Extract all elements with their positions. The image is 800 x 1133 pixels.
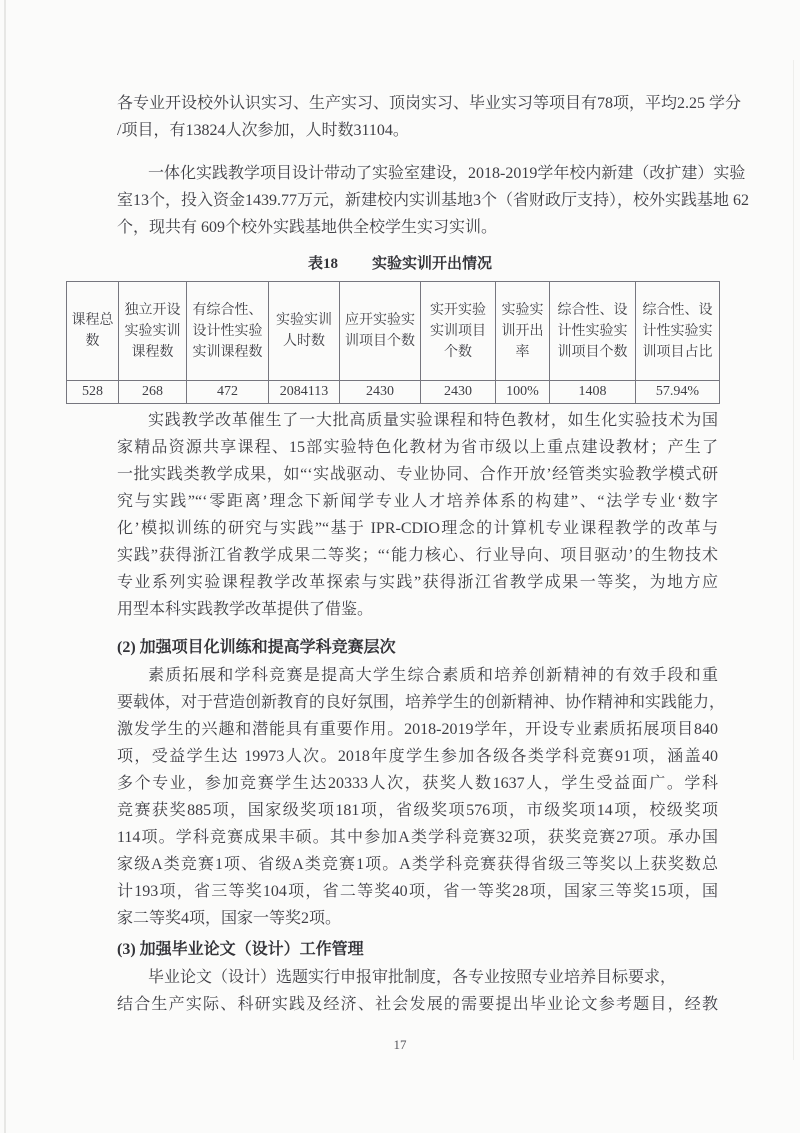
- table-header-cell: 应开实验实训项目个数: [340, 282, 421, 381]
- paragraph-line: 家精品资源共享课程、15部实验特色化教材为省市级以上重点建设教材；产生了: [117, 434, 718, 461]
- paragraph-line: 竞赛获奖885项，国家级奖项181项，省级奖项576项，市级奖项14项，校级奖项: [117, 797, 718, 824]
- scan-edge-right: [793, 60, 794, 1060]
- paragraph-line: 究与实践”“‘零距离’理念下新闻学专业人才培养体系的构建”、“法学专业‘数字: [117, 488, 718, 515]
- paragraph-lab-construction: 一体化实践教学项目设计带动了实验室建设，2018-2019学年校内新建（改扩建）…: [117, 160, 718, 241]
- paragraph-line: /项目，有13824人次参加，人时数31104。: [117, 117, 718, 144]
- stats-table: 课程总数 独立开设实验实训课程数 有综合性、设计性实验实训课程数 实验实训人时数…: [66, 281, 720, 404]
- table-caption-title: 实验实训开出情况: [372, 256, 492, 272]
- paragraph-line: 化’模拟训练的研究与实践”“基于 IPR-CDIO理念的计算机专业课程教学的改革…: [117, 515, 718, 542]
- table-caption: 表18实验实训开出情况: [0, 253, 800, 275]
- paragraph-teaching-reform: 实践教学改革催生了一大批高质量实验课程和特色教材，如生化实验技术为国 家精品资源…: [117, 407, 718, 623]
- table-data-cell: 268: [119, 381, 187, 404]
- paragraph-line: 一批实践类教学成果，如“‘实战驱动、专业协同、合作开放’经管类实验教学模式研: [117, 461, 718, 488]
- scan-edge-left: [4, 0, 6, 1133]
- table-header-cell: 综合性、设计性实验实训项目个数: [550, 282, 636, 381]
- section-heading-3: (3) 加强毕业论文（设计）工作管理: [117, 936, 718, 963]
- paragraph-line: 室13个，投入资金1439.77万元，新建校内实训基地3个（省财政厅支持），校外…: [117, 187, 718, 214]
- table-data-cell: 100%: [496, 381, 550, 404]
- table-row: 528 268 472 2084113 2430 2430 100% 1408 …: [67, 381, 720, 404]
- paragraph-line: 实践”获得浙江省教学成果二等奖；“‘能力核心、行业导向、项目驱动’的生物技术: [117, 542, 718, 569]
- paragraph-line: 家级A类竞赛1项、省级A类竞赛1项。A类学科竞赛获得省级三等奖以上获奖数总: [117, 851, 718, 878]
- paragraph-practice-projects: 各专业开设校外认识实习、生产实习、顶岗实习、毕业实习等项目有78项，平均2.25…: [117, 90, 718, 144]
- table-header-row: 课程总数 独立开设实验实训课程数 有综合性、设计性实验实训课程数 实验实训人时数…: [67, 282, 720, 381]
- paragraph-line: 项，受益学生达 19973人次。2018年度学生参加各级各类学科竞赛91项，涵盖…: [117, 743, 718, 770]
- page-number: 17: [0, 1036, 800, 1054]
- paragraph-line: 计193项，省三等奖104项，省二等奖40项，省一等奖28项，国家三等奖15项，…: [117, 878, 718, 905]
- paragraph-line: 多个专业，参加竞赛学生达20333人次，获奖人数1637人，学生受益面广。学科: [117, 770, 718, 797]
- table-header-cell: 独立开设实验实训课程数: [119, 282, 187, 381]
- table-header-cell: 实验实训人时数: [269, 282, 340, 381]
- table-data-cell: 2430: [421, 381, 496, 404]
- table-data-cell: 472: [187, 381, 269, 404]
- table-data-cell: 2430: [340, 381, 421, 404]
- table-data-cell: 528: [67, 381, 119, 404]
- table-header-cell: 综合性、设计性实验实训项目占比: [636, 282, 720, 381]
- paragraph-line: 用型本科实践教学改革提供了借鉴。: [117, 596, 718, 623]
- paragraph-competitions: 素质拓展和学科竞赛是提高大学生综合素质和培养创新精神的有效手段和重 要载体，对于…: [117, 662, 718, 932]
- paragraph-line: 素质拓展和学科竞赛是提高大学生综合素质和培养创新精神的有效手段和重: [117, 662, 718, 689]
- paragraph-line: 家二等奖4项，国家一等奖2项。: [117, 905, 718, 932]
- table-header-cell: 课程总数: [67, 282, 119, 381]
- table-header-cell: 实验实训开出率: [496, 282, 550, 381]
- table-header-cell: 有综合性、设计性实验实训课程数: [187, 282, 269, 381]
- table-data-cell: 1408: [550, 381, 636, 404]
- paragraph-thesis: 毕业论文（设计）选题实行申报审批制度，各专业按照专业培养目标要求， 结合生产实际…: [117, 964, 718, 1018]
- table-header-cell: 实开实验实训项目个数: [421, 282, 496, 381]
- paragraph-line: 要载体，对于营造创新教育的良好氛围，培养学生的创新精神、协作精神和实践能力，: [117, 689, 718, 716]
- paragraph-line: 一体化实践教学项目设计带动了实验室建设，2018-2019学年校内新建（改扩建）…: [117, 160, 718, 187]
- paragraph-line: 各专业开设校外认识实习、生产实习、顶岗实习、毕业实习等项目有78项，平均2.25…: [117, 90, 718, 117]
- section-heading-2: (2) 加强项目化训练和提高学科竞赛层次: [117, 634, 718, 661]
- paragraph-line: 毕业论文（设计）选题实行申报审批制度，各专业按照专业培养目标要求，: [117, 964, 718, 991]
- paragraph-line: 个，现共有 609个校外实践基地供全校学生实习实训。: [117, 214, 718, 241]
- document-page: 各专业开设校外认识实习、生产实习、顶岗实习、毕业实习等项目有78项，平均2.25…: [0, 0, 800, 1133]
- paragraph-line: 专业系列实验课程教学改革探索与实践”获得浙江省教学成果一等奖，为地方应: [117, 569, 718, 596]
- paragraph-line: 结合生产实际、科研实践及经济、社会发展的需要提出毕业论文参考题目，经教: [117, 991, 718, 1018]
- paragraph-line: 实践教学改革催生了一大批高质量实验课程和特色教材，如生化实验技术为国: [117, 407, 718, 434]
- table-data-cell: 2084113: [269, 381, 340, 404]
- paragraph-line: 激发学生的兴趣和潜能具有重要作用。2018-2019学年，开设专业素质拓展项目8…: [117, 716, 718, 743]
- table-caption-label: 表18: [308, 256, 338, 272]
- paragraph-line: 114项。学科竞赛成果丰硕。其中参加A类学科竞赛32项，获奖竞赛27项。承办国: [117, 824, 718, 851]
- table-data-cell: 57.94%: [636, 381, 720, 404]
